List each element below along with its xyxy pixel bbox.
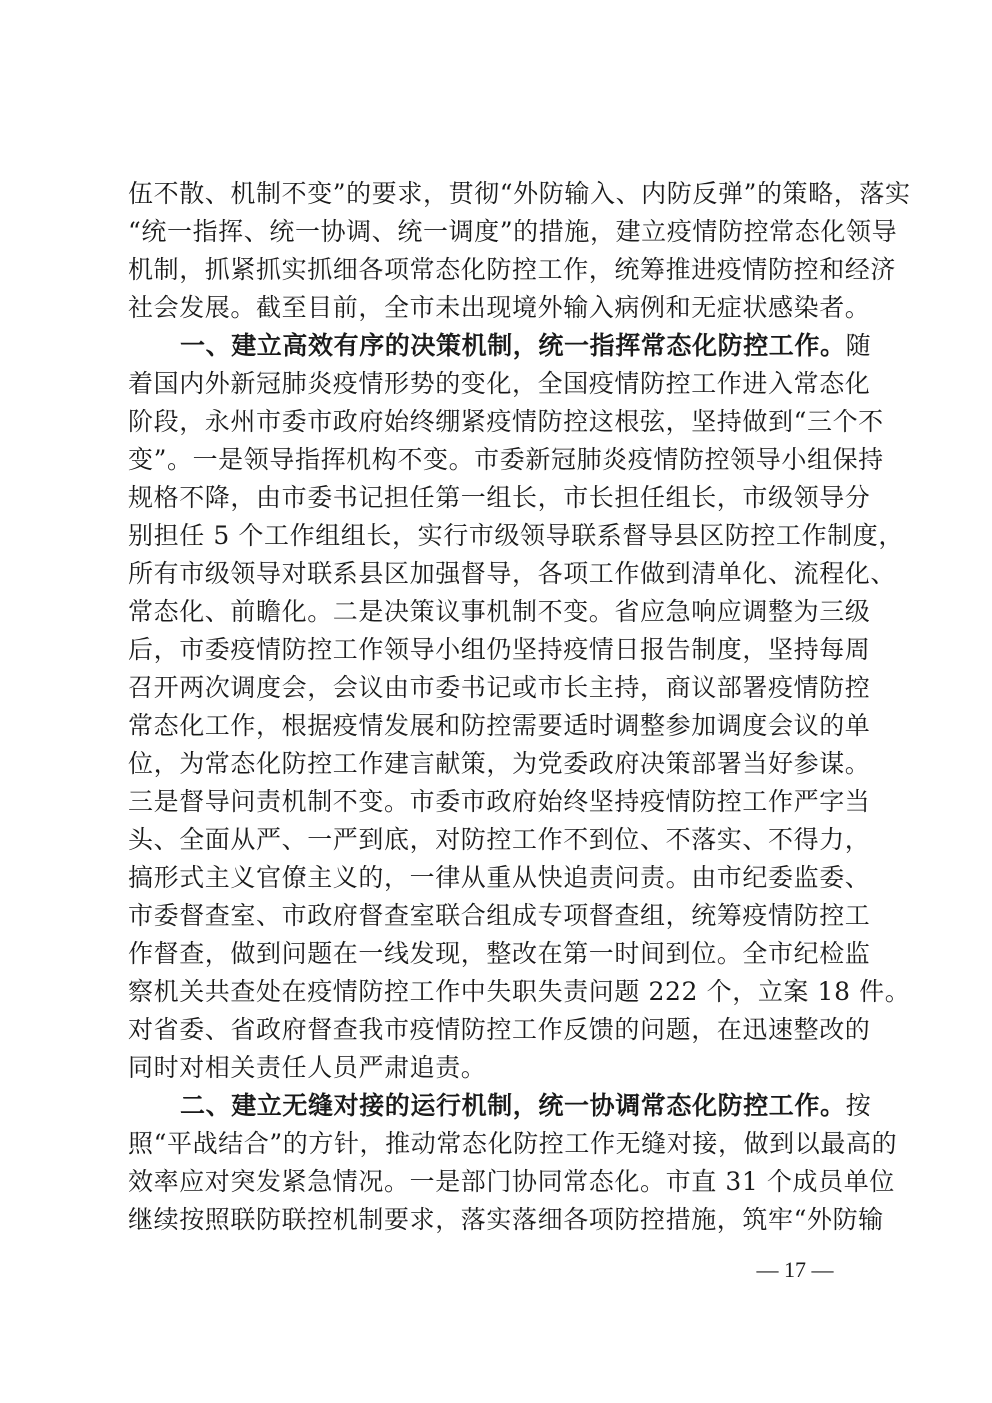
body-text: 伍不散、机制不变”的要求，贯彻“外防输入、内防反弹”的策略，落实 “统一指挥、统… [128,175,863,1239]
text-line: 同时对相关责任人员严肃追责。 [128,1049,863,1087]
page-number: — 17 — [745,1256,845,1284]
text-line: 市委督查室、市政府督查室联合组成专项督查组，统筹疫情防控工 [128,897,863,935]
text-line: 着国内外新冠肺炎疫情形势的变化，全国疫情防控工作进入常态化 [128,365,863,403]
document-page: 伍不散、机制不变”的要求，贯彻“外防输入、内防反弹”的策略，落实 “统一指挥、统… [0,0,992,1403]
text-line: 常态化、前瞻化。二是决策议事机制不变。省应急响应调整为三级 [128,593,863,631]
text-line: 三是督导问责机制不变。市委市政府始终坚持疫情防控工作严字当 [128,783,863,821]
section-heading-2: 二、建立无缝对接的运行机制，统一协调常态化防控工作。 [180,1091,846,1120]
text-line: 头、全面从严、一严到底，对防控工作不到位、不落实、不得力， [128,821,863,859]
text-line: 搞形式主义官僚主义的，一律从重从快追责问责。由市纪委监委、 [128,859,863,897]
text-line: 后，市委疫情防控工作领导小组仍坚持疫情日报告制度，坚持每周 [128,631,863,669]
text-line: 规格不降，由市委书记担任第一组长，市长担任组长，市级领导分 [128,479,863,517]
text-line: 察机关共查处在疫情防控工作中失职失责问题 222 个，立案 18 件。 [128,973,863,1011]
section-heading-line: 一、建立高效有序的决策机制，统一指挥常态化防控工作。随 [128,327,863,365]
text-line: 机制，抓紧抓实抓细各项常态化防控工作，统筹推进疫情防控和经济 [128,251,863,289]
section-heading-1: 一、建立高效有序的决策机制，统一指挥常态化防控工作。 [180,331,846,360]
text-line: 所有市级领导对联系县区加强督导，各项工作做到清单化、流程化、 [128,555,863,593]
text-line: 社会发展。截至目前，全市未出现境外输入病例和无症状感染者。 [128,289,863,327]
text-line: 对省委、省政府督查我市疫情防控工作反馈的问题，在迅速整改的 [128,1011,863,1049]
text-line: 作督查，做到问题在一线发现，整改在第一时间到位。全市纪检监 [128,935,863,973]
text-line: 伍不散、机制不变”的要求，贯彻“外防输入、内防反弹”的策略，落实 [128,175,863,213]
text-line: 别担任 5 个工作组组长，实行市级领导联系督导县区防控工作制度， [128,517,863,555]
text-fragment: 随 [846,331,872,360]
text-line: “统一指挥、统一协调、统一调度”的措施，建立疫情防控常态化领导 [128,213,863,251]
text-line: 照“平战结合”的方针，推动常态化防控工作无缝对接，做到以最高的 [128,1125,863,1163]
text-line: 召开两次调度会，会议由市委书记或市长主持，商议部署疫情防控 [128,669,863,707]
text-line: 阶段，永州市委市政府始终绷紧疫情防控这根弦，坚持做到“三个不 [128,403,863,441]
text-line: 效率应对突发紧急情况。一是部门协同常态化。市直 31 个成员单位 [128,1163,863,1201]
text-line: 继续按照联防联控机制要求，落实落细各项防控措施，筑牢“外防输 [128,1201,863,1239]
text-fragment: 按 [846,1091,872,1120]
text-line: 变”。一是领导指挥机构不变。市委新冠肺炎疫情防控领导小组保持 [128,441,863,479]
section-heading-line: 二、建立无缝对接的运行机制，统一协调常态化防控工作。按 [128,1087,863,1125]
text-line: 位，为常态化防控工作建言献策，为党委政府决策部署当好参谋。 [128,745,863,783]
text-line: 常态化工作，根据疫情发展和防控需要适时调整参加调度会议的单 [128,707,863,745]
